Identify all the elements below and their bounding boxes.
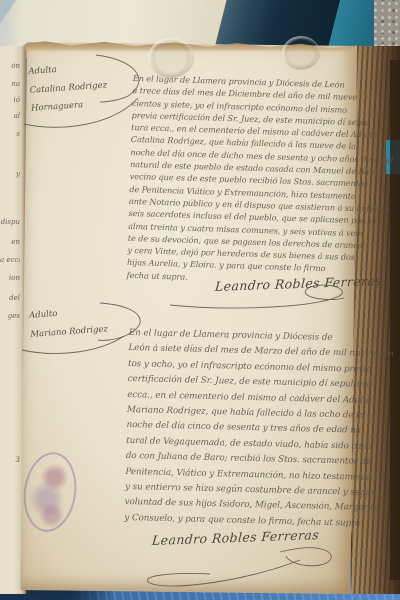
cut-text-fragment: s [0,130,20,138]
cut-text-fragment: ges [0,312,20,320]
burial-entry-2: En el lugar de Llamera provincia y Dióce… [124,326,377,532]
margin-surname: Hornaguera [31,97,141,113]
embossed-seal [282,36,320,70]
margin-deceased-name: Catalina Rodrigez [29,79,139,95]
cut-text-fragment: 3 [0,456,20,464]
cut-text-fragment: a ecca [0,256,20,264]
cut-text-fragment: na [0,80,20,88]
margin-note-entry-1: Adulta Catalina Rodrigez Hornaguera [28,60,142,123]
book-cover-edge [390,60,400,580]
burial-entry-1: En el lugar de Llamera provincia y Dióce… [126,72,376,289]
cut-text-fragment: en [0,238,20,246]
cut-text-fragment: ion [0,274,20,282]
margin-note-entry-2: Adulto Mariano Rodrigez [29,304,141,349]
cut-text-fragment: del [0,294,20,302]
cut-text-fragment: ón [0,62,20,70]
cut-text-fragment: al [0,112,20,120]
dark-navy-object [214,0,340,50]
margin-deceased-name: Mariano Rodrigez [30,323,140,339]
cut-text-fragment: ió [0,96,20,104]
photograph-of-parish-register: ón na ió al s y dispu en a ecca ion del … [0,0,400,600]
cut-text-fragment: dispu [0,218,20,226]
cut-text-fragment: y [0,170,20,178]
